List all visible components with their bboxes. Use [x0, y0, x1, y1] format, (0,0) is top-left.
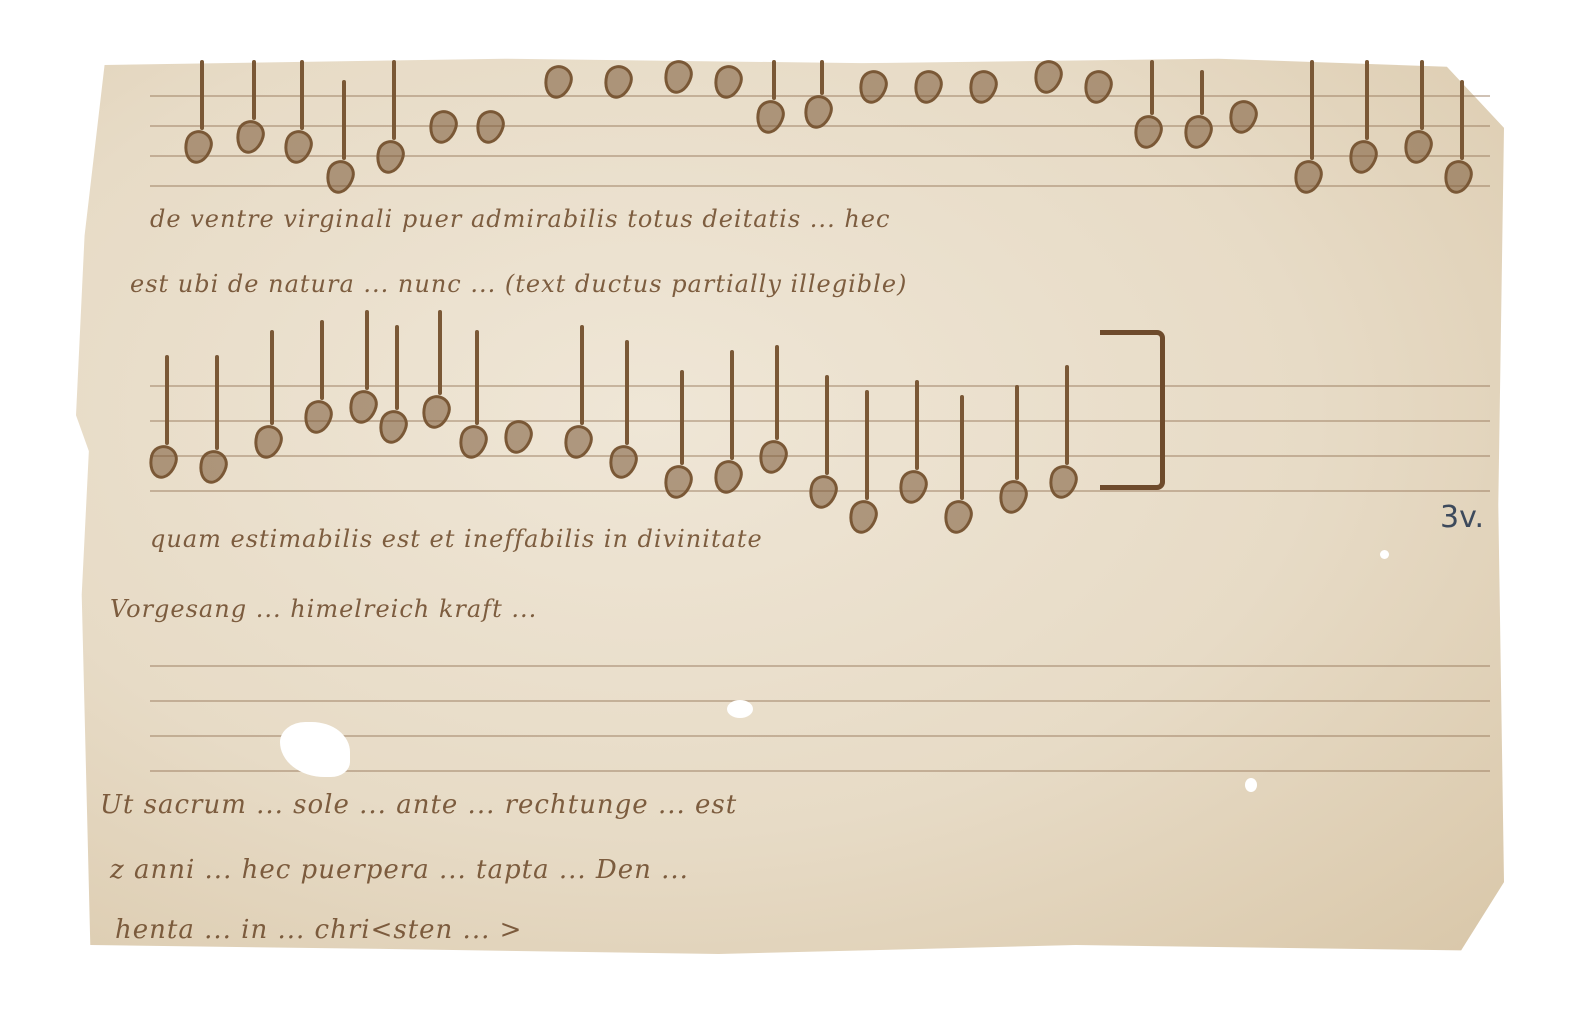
lyric-line-3: quam estimabilis est et ineffabilis in d… — [150, 525, 763, 553]
closing-line-2: z anni ... hec puerpera ... tapta ... De… — [110, 855, 689, 885]
folio-number: 3v. — [1440, 500, 1484, 535]
custos-mark — [1100, 330, 1165, 490]
lyric-line-2: est ubi de natura ... nunc ... (text duc… — [130, 270, 907, 298]
lyric-line-4: Vorgesang ... himelreich kraft ... — [110, 595, 537, 623]
closing-line-1: Ut sacrum ... sole ... ante ... rechtung… — [100, 790, 737, 820]
parchment-hole — [1380, 550, 1389, 559]
lyric-line-1: de ventre virginali puer admirabilis tot… — [150, 205, 890, 233]
parchment-hole — [1245, 778, 1257, 792]
closing-line-3: henta ... in ... chri<sten ... > — [115, 915, 522, 945]
parchment-hole — [727, 700, 753, 718]
